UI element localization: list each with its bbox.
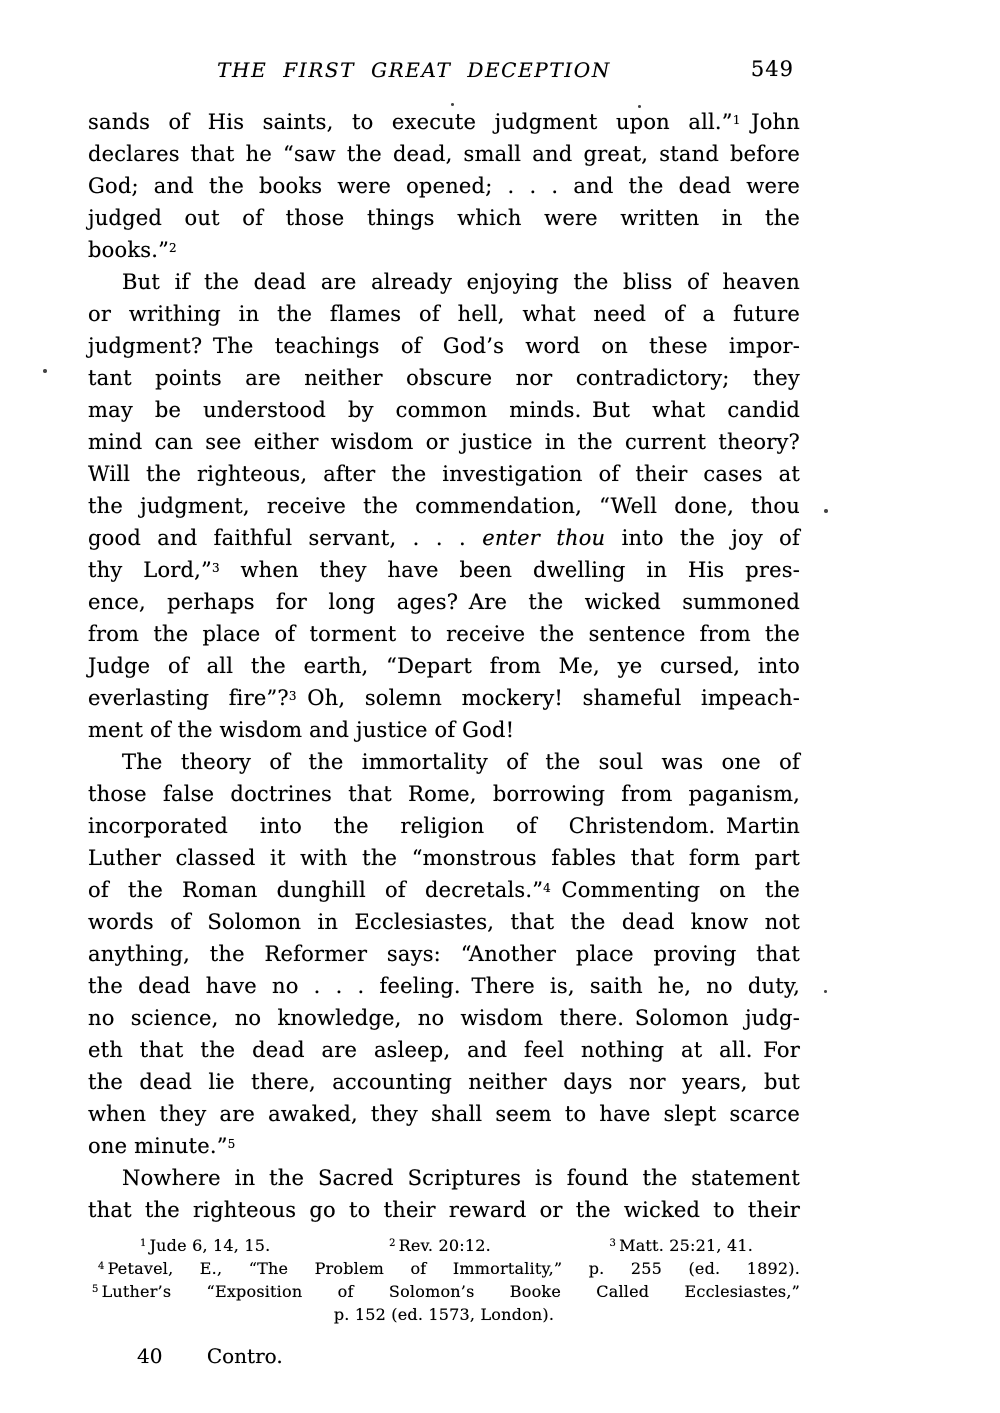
text-line: those false doctrines that Rome, borrowi… (88, 778, 800, 810)
text-segment: ence, perhaps for long ages? Are the wic… (88, 590, 800, 614)
text-line: anything, the Reformer says: “Another pl… (88, 938, 800, 970)
book-page: THE FIRST GREAT DECEPTION 549 sands of H… (0, 0, 1000, 1413)
footnote-ref: 1Jude 6, 14, 15. (140, 1234, 270, 1257)
text-segment: thy Lord,” (88, 558, 212, 582)
footnote-text: Matt. 25:21, 41. (619, 1236, 753, 1255)
footnote-text: Luther’s “Exposition of Solomon’s Booke … (102, 1282, 800, 1301)
scan-speck (824, 509, 828, 513)
text-line: sands of His saints, to execute judgment… (88, 106, 800, 138)
text-line: good and faithful servant, . . . enter t… (88, 522, 800, 554)
text-line: the dead lie there, accounting neither d… (88, 1066, 800, 1098)
footnote-marker: 3 (289, 689, 297, 703)
scan-speck (638, 105, 641, 108)
text-line: declares that he “saw the dead, small an… (88, 138, 800, 170)
scan-speck (451, 103, 454, 106)
paragraph: The theory of the immortality of the sou… (88, 746, 800, 1162)
text-segment: sands of His saints, to execute judgment… (88, 110, 733, 134)
text-line: or writhing in the flames of hell, what … (88, 298, 800, 330)
footnote-marker: 1 (733, 113, 741, 127)
footnote-marker: 5 (228, 1137, 236, 1151)
text-line: The theory of the immortality of the sou… (88, 746, 800, 778)
text-line: eth that the dead are asleep, and feel n… (88, 1034, 800, 1066)
footnote-marker: 3 (212, 561, 220, 575)
footnote-4: 4Petavel, E., “The Problem of Immortalit… (98, 1257, 800, 1280)
text-segment: God; and the books were opened; . . . an… (88, 174, 800, 198)
text-line: Luther classed it with the “monstrous fa… (88, 842, 800, 874)
text-segment: or writhing in the flames of hell, what … (88, 302, 800, 326)
text-line: judged out of those things which were wr… (88, 202, 800, 234)
text-line: of the Roman dunghill of decretals.”4 Co… (88, 874, 800, 906)
text-line: Judge of all the earth, “Depart from Me,… (88, 650, 800, 682)
text-line: Nowhere in the Sacred Scriptures is foun… (88, 1162, 800, 1194)
text-segment: But if the dead are already enjoying the… (122, 270, 800, 294)
footnote-5: 5Luther’s “Exposition of Solomon’s Booke… (92, 1280, 800, 1303)
footnote-text: Jude 6, 14, 15. (150, 1236, 271, 1255)
footnote-text: Petavel, E., “The Problem of Immortality… (108, 1259, 800, 1278)
paragraph: sands of His saints, to execute judgment… (88, 106, 800, 266)
footnote-marker: 4 (543, 881, 551, 895)
text-segment: judged out of those things which were wr… (88, 206, 800, 230)
text-line: thy Lord,”3 when they have been dwelling… (88, 554, 800, 586)
paragraph: But if the dead are already enjoying the… (88, 266, 800, 746)
text-segment: John (740, 110, 800, 134)
italic-text: enter thou (482, 526, 605, 550)
footnote-marker: 2 (389, 1238, 396, 1249)
text-segment: judgment? The teachings of God’s word on… (88, 334, 800, 358)
text-segment: Nowhere in the Sacred Scriptures is foun… (122, 1166, 800, 1190)
footnote-text: Rev. 20:12. (399, 1236, 491, 1255)
text-segment: good and faithful servant, . . . (88, 526, 482, 550)
text-line: one minute.”5 (88, 1130, 800, 1162)
footnote-ref: 3Matt. 25:21, 41. (610, 1234, 753, 1257)
scan-speck (43, 369, 47, 373)
page-title: THE FIRST GREAT DECEPTION (88, 58, 740, 82)
text-line: the judgment, receive the commendation, … (88, 490, 800, 522)
text-line: the dead have no . . . feeling. There is… (88, 970, 800, 1002)
scan-speck (824, 990, 827, 993)
text-segment: Oh, solemn mockery! shameful impeach- (297, 686, 801, 710)
text-line: may be understood by common minds. But w… (88, 394, 800, 426)
signature-line: 40 Contro. (137, 1344, 283, 1368)
footnote-marker: 5 (92, 1284, 99, 1295)
text-segment: the dead lie there, accounting neither d… (88, 1070, 800, 1094)
text-segment: that the righteous go to their reward or… (88, 1198, 800, 1222)
footnote-ref: 2Rev. 20:12. (389, 1234, 491, 1257)
text-line: God; and the books were opened; . . . an… (88, 170, 800, 202)
text-line: judgment? The teachings of God’s word on… (88, 330, 800, 362)
text-segment: of the Roman dunghill of decretals.” (88, 878, 543, 902)
text-segment: when they are awaked, they shall seem to… (88, 1102, 800, 1126)
footnote-row: 1Jude 6, 14, 15.2Rev. 20:12.3Matt. 25:21… (140, 1234, 753, 1257)
text-segment: one minute.” (88, 1134, 228, 1158)
text-segment: incorporated into the religion of Christ… (88, 814, 800, 838)
text-segment: ment of the wisdom and justice of God! (88, 718, 514, 742)
footnote-marker: 2 (169, 241, 177, 255)
text-segment: everlasting fire”? (88, 686, 289, 710)
text-line: from the place of torment to receive the… (88, 618, 800, 650)
page-number: 549 (751, 57, 794, 81)
signature-number: 40 (137, 1344, 162, 1368)
footnote-marker: 3 (610, 1238, 617, 1249)
running-header: THE FIRST GREAT DECEPTION 549 (88, 58, 800, 88)
text-line: But if the dead are already enjoying the… (88, 266, 800, 298)
text-segment: declares that he “saw the dead, small an… (88, 142, 800, 166)
text-segment: words of Solomon in Ecclesiastes, that t… (88, 910, 800, 934)
text-line: words of Solomon in Ecclesiastes, that t… (88, 906, 800, 938)
text-line: ment of the wisdom and justice of God! (88, 714, 800, 746)
body-text: sands of His saints, to execute judgment… (88, 106, 800, 1226)
text-segment: mind can see either wisdom or justice in… (88, 430, 800, 454)
footnotes: 1Jude 6, 14, 15.2Rev. 20:12.3Matt. 25:21… (88, 1234, 800, 1326)
paragraph: Nowhere in the Sacred Scriptures is foun… (88, 1162, 800, 1226)
text-segment: into the joy of (605, 526, 800, 550)
text-line: Will the righteous, after the investigat… (88, 458, 800, 490)
text-segment: the dead have no . . . feeling. There is… (88, 974, 800, 998)
text-line: when they are awaked, they shall seem to… (88, 1098, 800, 1130)
text-segment: anything, the Reformer says: “Another pl… (88, 942, 800, 966)
text-segment: from the place of torment to receive the… (88, 622, 800, 646)
footnote-marker: 1 (140, 1238, 147, 1249)
text-line: tant points are neither obscure nor cont… (88, 362, 800, 394)
text-segment: no science, no knowledge, no wisdom ther… (88, 1006, 800, 1030)
text-line: that the righteous go to their reward or… (88, 1194, 800, 1226)
text-segment: Luther classed it with the “monstrous fa… (88, 846, 800, 870)
text-line: books.”2 (88, 234, 800, 266)
text-segment: eth that the dead are asleep, and feel n… (88, 1038, 800, 1062)
text-segment: Will the righteous, after the investigat… (88, 462, 800, 486)
text-line: mind can see either wisdom or justice in… (88, 426, 800, 458)
text-segment: when they have been dwelling in His pres… (220, 558, 800, 582)
text-segment: The theory of the immortality of the sou… (122, 750, 800, 774)
text-segment: the judgment, receive the commendation, … (88, 494, 800, 518)
footnote-5-continued: p. 152 (ed. 1573, London). (88, 1303, 800, 1326)
text-segment: those false doctrines that Rome, borrowi… (88, 782, 800, 806)
text-segment: books.” (88, 238, 169, 262)
footnote-marker: 4 (98, 1261, 105, 1272)
text-segment: Commenting on the (551, 878, 800, 902)
text-segment: Judge of all the earth, “Depart from Me,… (88, 654, 800, 678)
text-segment: may be understood by common minds. But w… (88, 398, 800, 422)
text-line: everlasting fire”?3 Oh, solemn mockery! … (88, 682, 800, 714)
text-line: ence, perhaps for long ages? Are the wic… (88, 586, 800, 618)
text-line: no science, no knowledge, no wisdom ther… (88, 1002, 800, 1034)
text-line: incorporated into the religion of Christ… (88, 810, 800, 842)
text-segment: tant points are neither obscure nor cont… (88, 366, 800, 390)
signature-title: Contro. (207, 1344, 283, 1368)
